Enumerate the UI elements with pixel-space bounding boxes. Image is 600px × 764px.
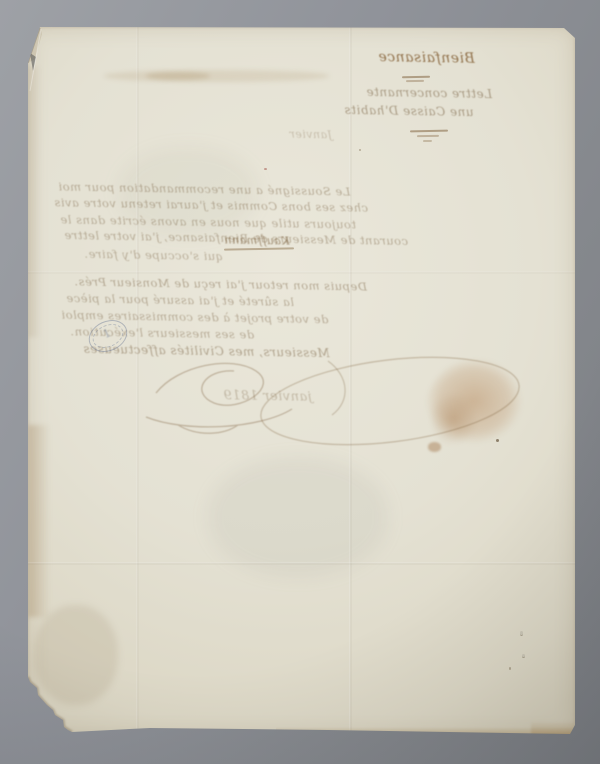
photo-backdrop: Bienfaisance Lettre concernante une Cais… — [0, 0, 600, 764]
letter-page-verso: Bienfaisance Lettre concernante une Cais… — [28, 27, 575, 736]
paper-edge-toning — [28, 27, 575, 736]
